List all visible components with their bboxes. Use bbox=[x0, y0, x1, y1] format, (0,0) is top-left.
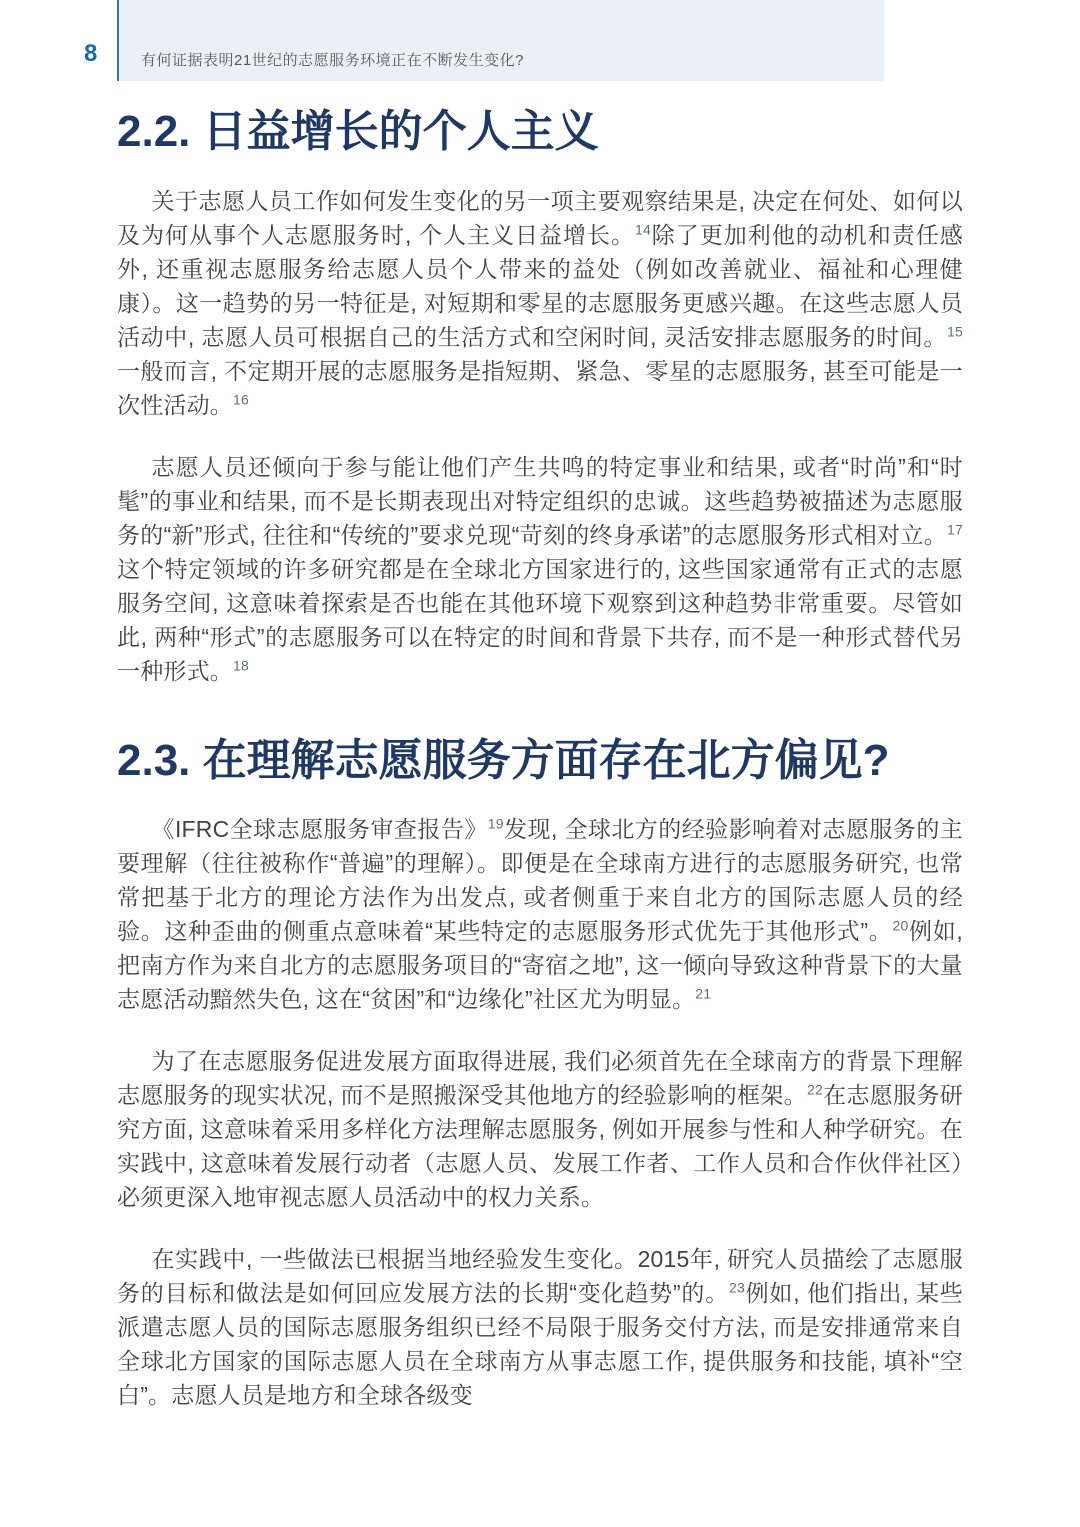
footnote-ref: 14 bbox=[635, 221, 651, 237]
footnote-ref: 17 bbox=[947, 521, 963, 537]
footnote-ref: 23 bbox=[729, 1280, 745, 1296]
paragraph: 志愿人员还倾向于参与能让他们产生共鸣的特定事业和结果, 或者“时尚”和“时髦”的… bbox=[117, 450, 963, 688]
running-header-title: 有何证据表明21世纪的志愿服务环境正在不断发生变化? bbox=[141, 49, 524, 70]
paragraph: 关于志愿人员工作如何发生变化的另一项主要观察结果是, 决定在何处、如何以及为何从… bbox=[117, 184, 963, 422]
running-header-bar: 有何证据表明21世纪的志愿服务环境正在不断发生变化? bbox=[117, 0, 884, 81]
paragraph: 《IFRC全球志愿服务审查报告》19发现, 全球北方的经验影响着对志愿服务的主要… bbox=[117, 812, 963, 1016]
page-number: 8 bbox=[84, 42, 97, 66]
page-header: 8 有何证据表明21世纪的志愿服务环境正在不断发生变化? bbox=[0, 0, 1080, 81]
footnote-ref: 20 bbox=[892, 918, 908, 934]
footnote-ref: 22 bbox=[807, 1082, 823, 1098]
footnote-ref: 16 bbox=[233, 391, 249, 407]
footnote-ref: 19 bbox=[488, 816, 504, 832]
paragraph: 为了在志愿服务促进发展方面取得进展, 我们必须首先在全球南方的背景下理解志愿服务… bbox=[117, 1044, 963, 1214]
paragraph: 在实践中, 一些做法已根据当地经验发生变化。2015年, 研究人员描绘了志愿服务… bbox=[117, 1242, 963, 1412]
footnote-ref: 15 bbox=[947, 323, 963, 339]
sections: 2.2. 日益增长的个人主义关于志愿人员工作如何发生变化的另一项主要观察结果是,… bbox=[117, 81, 963, 1412]
footnote-ref: 18 bbox=[233, 657, 249, 673]
footnote-ref: 21 bbox=[695, 986, 711, 1002]
section-heading: 2.3. 在理解志愿服务方面存在北方偏见? bbox=[117, 736, 963, 787]
document-page: { "page": { "number": "8", "header": "有何… bbox=[0, 0, 1080, 1527]
section-heading: 2.2. 日益增长的个人主义 bbox=[117, 107, 963, 158]
